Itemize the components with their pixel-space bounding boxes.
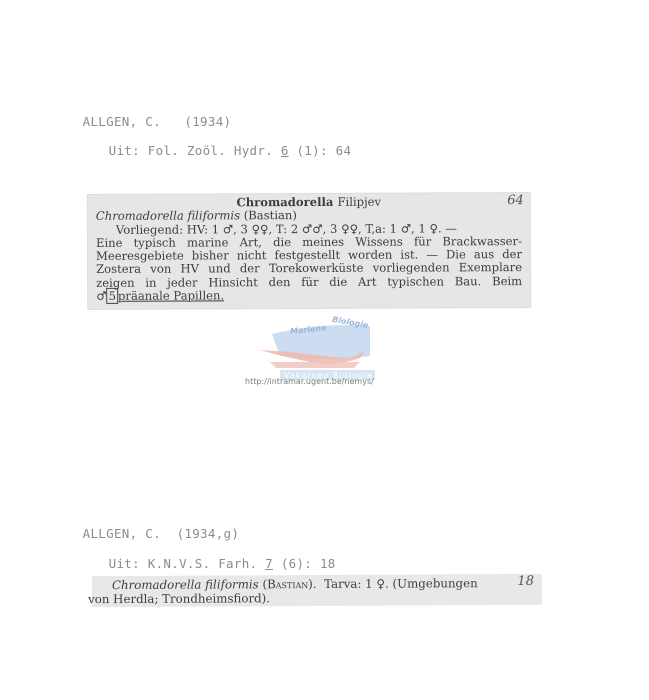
tail-suffix: präanale Papillen.: [118, 288, 224, 302]
species-author-2: (Bastian).: [262, 577, 316, 591]
entry2-year: (1934,g): [177, 526, 240, 541]
boxed-number: 5: [107, 288, 118, 304]
entry2-author: ALLGEN, C.: [83, 526, 161, 541]
entry1-source-prefix: Uit: Fol. Zoöl. Hydr.: [109, 143, 273, 158]
clipping-1-text: Chromadorella Filipjev Chromadorella fil…: [96, 195, 522, 303]
clipping-1: 64 Chromadorella Filipjev Chromadorella …: [88, 193, 530, 309]
species-author: (Bastian): [244, 208, 297, 222]
entry2-issue-page: (6): 18: [281, 556, 336, 571]
species-name: Chromadorella filiformis: [96, 209, 240, 224]
entry1-year: (1934): [184, 114, 231, 129]
clipping-2: 18 Chromadorella filiformis (Bastian). T…: [92, 574, 542, 607]
watermark-url: http://intramar.ugent.be/nemys/: [245, 377, 374, 386]
record-2: Tarva: 1 ♀. (Umgebungen: [324, 576, 478, 591]
entry2-volume: 7: [265, 556, 273, 571]
entry2-citation: ALLGEN, C. (1934,g): [67, 511, 239, 541]
body-text: Eine typisch marine Art, die meines Wiss…: [96, 234, 522, 290]
entry1-source: Uit: Fol. Zoöl. Hydr. 6 (1): 64: [93, 128, 351, 158]
record-2-cont: von Herdla; Trondheimsfiord).: [88, 590, 538, 606]
clipping-2-text: Chromadorella filiformis (Bastian). Tarv…: [88, 576, 538, 606]
entry1-citation: ALLGEN, C. (1934): [67, 99, 231, 129]
entry1-issue-page: (1): 64: [296, 143, 351, 158]
entry1-author: ALLGEN, C.: [83, 114, 161, 129]
entry2-source: Uit: K.N.V.S. Farh. 7 (6): 18: [93, 541, 336, 571]
species-name-2: Chromadorella filiformis: [112, 577, 259, 592]
entry2-source-prefix: Uit: K.N.V.S. Farh.: [109, 556, 258, 571]
entry1-volume: 6: [281, 143, 289, 158]
